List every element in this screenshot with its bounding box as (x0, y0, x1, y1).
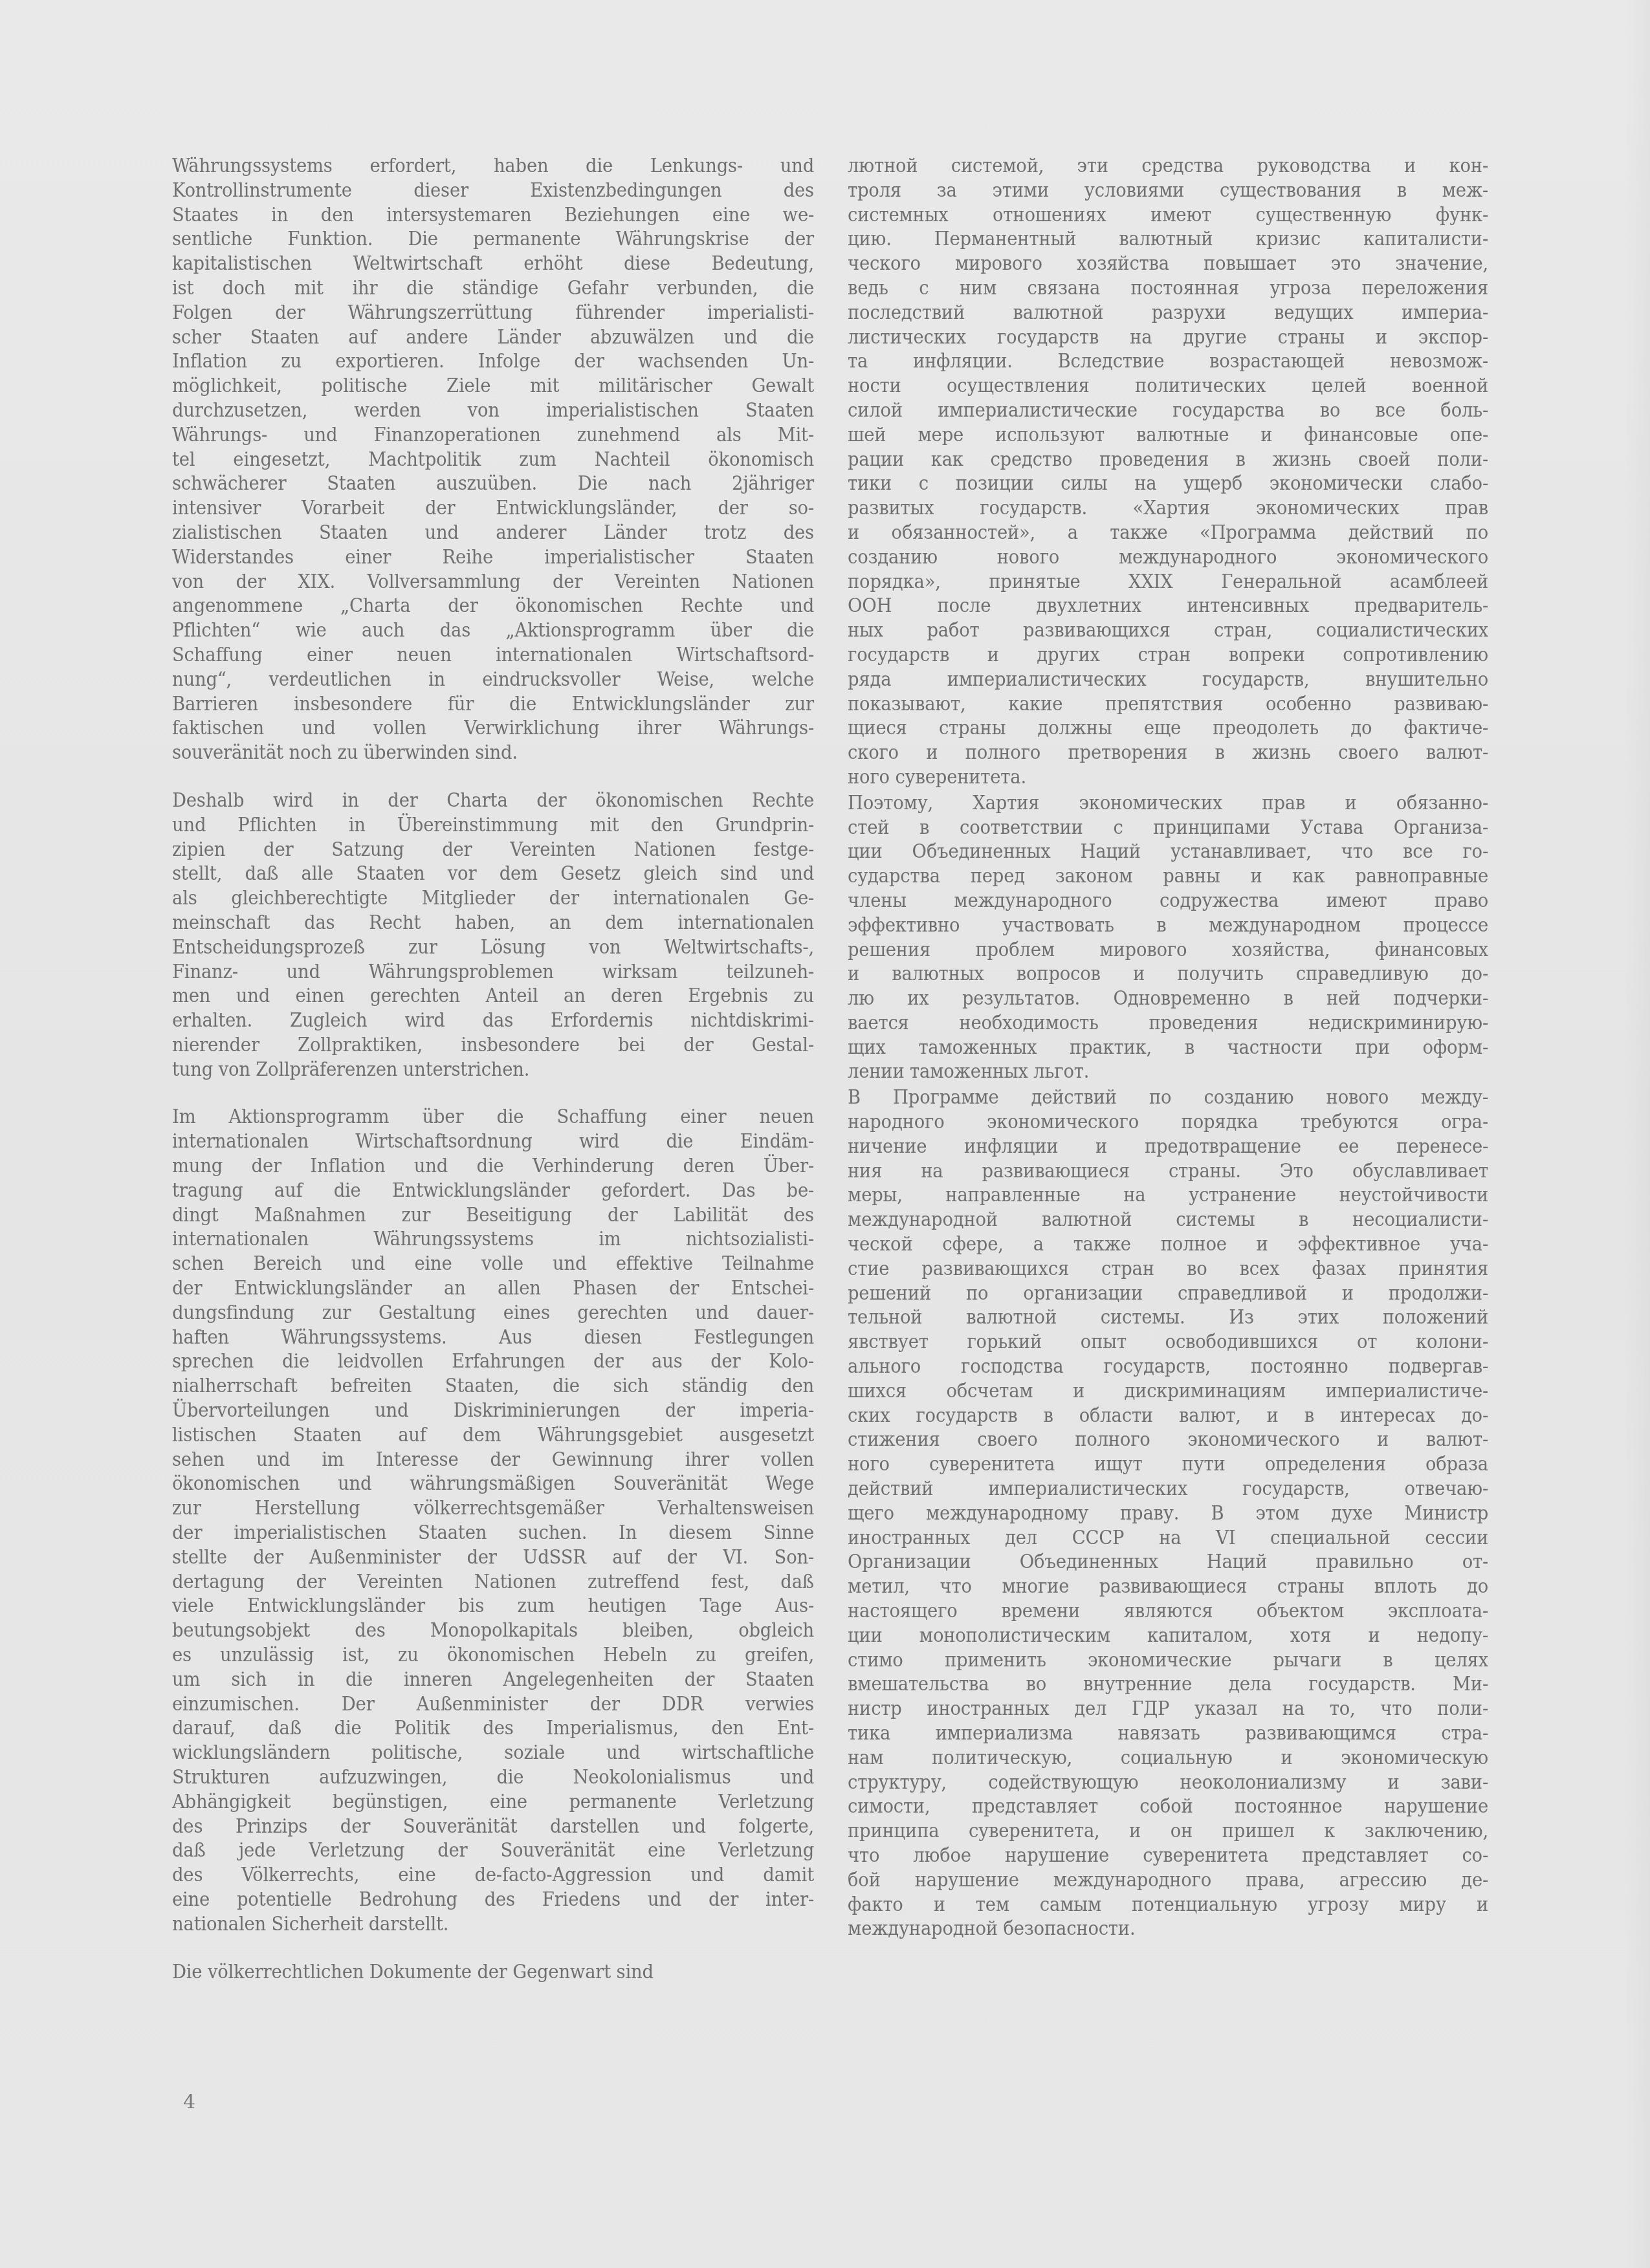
text-line: Inflation zu exportieren. Infolge der wa… (172, 349, 814, 374)
text-line: ции Объединенных Наций устанавливает, чт… (848, 840, 1488, 864)
text-line: sprechen die leidvollen Erfahrungen der … (172, 1349, 814, 1374)
text-line: darauf, daß die Politik des Imperialismu… (172, 1716, 814, 1741)
text-line: men und einen gerechten Anteil an deren … (172, 984, 814, 1009)
text-line: des Völkerrechts, eine de-facto-Aggressi… (172, 1863, 814, 1888)
text-line: Währungs- und Finanzoperationen zunehmen… (172, 423, 814, 448)
text-line: нам политическую, социальную и экономиче… (848, 1746, 1488, 1771)
text-line: и валютных вопросов и получить справедли… (848, 962, 1488, 987)
text-line: wicklungsländern politische, soziale und… (172, 1741, 814, 1765)
text-line: народного экономического порядка требуют… (848, 1110, 1488, 1135)
text-line: цию. Перманентный валютный кризис капита… (848, 227, 1488, 252)
text-line: nierender Zollpraktiken, insbesondere be… (172, 1033, 814, 1058)
text-line: созданию нового международного экономиче… (848, 545, 1488, 570)
text-line: Поэтому, Хартия экономических прав и обя… (848, 791, 1488, 816)
text-line: tragung auf die Entwicklungsländer gefor… (172, 1179, 814, 1203)
text-line: троля за этими условиями существования в… (848, 179, 1488, 203)
text-line: als gleichberechtigte Mitglieder der int… (172, 886, 814, 911)
text-line: stellte der Außenminister der UdSSR auf … (172, 1545, 814, 1570)
text-line: dertagung der Vereinten Nationen zutreff… (172, 1570, 814, 1595)
text-line: члены международного содружества имеют п… (848, 889, 1488, 913)
text-line: ции монополистическим капиталом, хотя и … (848, 1624, 1488, 1648)
text-line: силой империалистические государства во … (848, 398, 1488, 423)
text-line: es unzulässig ist, zu ökonomischen Hebel… (172, 1643, 814, 1668)
text-line: haften Währungssystems. Aus diesen Festl… (172, 1325, 814, 1350)
text-line: Barrieren insbesondere für die Entwicklu… (172, 692, 814, 717)
text-line: meinschaft das Recht haben, an dem inter… (172, 911, 814, 935)
paragraph: лютной системой, эти средства руководств… (848, 154, 1488, 790)
text-line: нистр иностранных дел ГДР указал на то, … (848, 1697, 1488, 1721)
text-line: scher Staaten auf andere Länder abzuwälz… (172, 325, 814, 350)
text-line: ООН после двухлетних интенсивных предвар… (848, 594, 1488, 618)
text-line: государств и других стран вопреки сопрот… (848, 643, 1488, 668)
text-line: лютной системой, эти средства руководств… (848, 154, 1488, 179)
text-line: ничение инфляции и предотвращение ее пер… (848, 1135, 1488, 1159)
text-line: kapitalistischen Weltwirtschaft erhöht d… (172, 252, 814, 276)
paragraph: Die völkerrechtlichen Dokumente der Gege… (172, 1960, 814, 1985)
text-line: ского и полного претворения в жизнь свое… (848, 741, 1488, 765)
text-line: ведь с ним связана постоянная угроза пер… (848, 276, 1488, 301)
text-line: ных работ развивающихся стран, социалист… (848, 618, 1488, 643)
text-line: zur Herstellung völkerrechtsgemäßer Verh… (172, 1496, 814, 1521)
text-line: сударства перед законом равны и как равн… (848, 864, 1488, 889)
text-line: щего международному праву. В этом духе М… (848, 1501, 1488, 1526)
text-line: Im Aktionsprogramm über die Schaffung ei… (172, 1105, 814, 1129)
text-line: действий империалистических государств, … (848, 1477, 1488, 1501)
text-line: порядка», принятые XXIX Генеральной асам… (848, 570, 1488, 594)
text-line: что любое нарушение суверенитета предста… (848, 1844, 1488, 1868)
text-line: schen Bereich und eine volle und effekti… (172, 1252, 814, 1276)
text-line: шихся обсчетам и дискриминациям империал… (848, 1379, 1488, 1404)
text-line: Deshalb wird in der Charta der ökonomisc… (172, 789, 814, 813)
text-line: последствий валютной разрухи ведущих имп… (848, 301, 1488, 325)
paragraph: Im Aktionsprogramm über die Schaffung ei… (172, 1105, 814, 1936)
text-line: рации как средство проведения в жизнь св… (848, 448, 1488, 472)
text-line: erhalten. Zugleich wird das Erfordernis … (172, 1009, 814, 1033)
text-line: Finanz- und Währungsproblemen wirksam te… (172, 960, 814, 985)
text-line: der Entwicklungsländer an allen Phasen d… (172, 1276, 814, 1301)
text-line: des Prinzips der Souveränität darstellen… (172, 1815, 814, 1839)
page-edge-shadow (1624, 0, 1650, 2268)
text-line: ряда империалистических государств, внуш… (848, 668, 1488, 692)
text-line: международной валютной системы в несоциа… (848, 1208, 1488, 1232)
text-line: решения проблем мирового хозяйства, фина… (848, 938, 1488, 963)
text-line: Strukturen aufzuzwingen, die Neokolonial… (172, 1765, 814, 1790)
text-line: Übervorteilungen und Diskriminierungen d… (172, 1399, 814, 1423)
text-line: щиеся страны должны еще преодолеть до фа… (848, 716, 1488, 741)
text-line: метил, что многие развивающиеся страны в… (848, 1575, 1488, 1599)
text-line: nationalen Sicherheit darstellt. (172, 1912, 814, 1937)
text-line: вается необходимость проведения недискри… (848, 1011, 1488, 1036)
text-line: тельной валютной системы. Из этих положе… (848, 1305, 1488, 1330)
text-line: развитых государств. «Хартия экономическ… (848, 496, 1488, 521)
text-line: Widerstandes einer Reihe imperialistisch… (172, 545, 814, 570)
text-line: stellt, daß alle Staaten vor dem Gesetz … (172, 862, 814, 886)
text-line: В Программе действий по созданию нового … (848, 1085, 1488, 1110)
text-line: Währungssystems erfordert, haben die Len… (172, 154, 814, 179)
text-line: von der XIX. Vollversammlung der Vereint… (172, 570, 814, 594)
page-number: 4 (183, 2091, 195, 2113)
text-line: zialistischen Staaten und anderer Länder… (172, 521, 814, 545)
text-line: Schaffung einer neuen internationalen Wi… (172, 643, 814, 668)
text-line: ности осуществления политических целей в… (848, 374, 1488, 398)
paragraph: Währungssystems erfordert, haben die Len… (172, 154, 814, 765)
text-line: бой нарушение международного права, агре… (848, 1868, 1488, 1893)
text-line: dingt Maßnahmen zur Beseitigung der Labi… (172, 1203, 814, 1228)
text-line: listischen Staaten auf dem Währungsgebie… (172, 1423, 814, 1448)
text-line: меры, направленные на устранение неустой… (848, 1183, 1488, 1208)
text-line: sentliche Funktion. Die permanente Währu… (172, 227, 814, 252)
text-line: стей в соответствии с принципами Устава … (848, 816, 1488, 840)
text-line: системных отношениях имеют существенную … (848, 203, 1488, 228)
german-text-column: Währungssystems erfordert, haben die Len… (172, 154, 814, 1984)
text-line: viele Entwicklungsländer bis zum heutige… (172, 1594, 814, 1619)
text-line: durchzusetzen, werden von imperialistisc… (172, 398, 814, 423)
text-line: щих таможенных практик, в частности при … (848, 1036, 1488, 1060)
text-line: dungsfindung zur Gestaltung eines gerech… (172, 1301, 814, 1325)
text-line: Abhängigkeit begünstigen, eine permanent… (172, 1790, 814, 1815)
text-line: Staates in den intersystemaren Beziehung… (172, 203, 814, 228)
text-line: Entscheidungsprozeß zur Lösung von Weltw… (172, 935, 814, 960)
text-line: möglichkeit, politische Ziele mit militä… (172, 374, 814, 398)
text-line: тики с позиции силы на ущерб экономическ… (848, 472, 1488, 496)
text-line: tung von Zollpräferenzen unterstrichen. (172, 1058, 814, 1082)
text-line: nialherrschaft befreiten Staaten, die si… (172, 1374, 814, 1399)
text-line: решений по организации справедливой и пр… (848, 1281, 1488, 1306)
paragraph: Deshalb wird in der Charta der ökonomisc… (172, 789, 814, 1082)
text-line: стижения своего полного экономического и… (848, 1428, 1488, 1452)
text-line: um sich in die inneren Angelegenheiten d… (172, 1668, 814, 1692)
text-line: beutungsobjekt des Monopolkapitals bleib… (172, 1619, 814, 1643)
text-line: ного суверенитета ищут пути определения … (848, 1452, 1488, 1477)
text-line: souveränität noch zu überwinden sind. (172, 741, 814, 765)
text-line: ального господства государств, постоянно… (848, 1355, 1488, 1379)
text-line: faktischen und vollen Verwirklichung ihr… (172, 716, 814, 741)
text-line: sehen und im Interesse der Gewinnung ihr… (172, 1448, 814, 1472)
text-line: международной безопасности. (848, 1917, 1488, 1941)
text-line: mung der Inflation und die Verhinderung … (172, 1154, 814, 1179)
text-line: шей мере используют валютные и финансовы… (848, 423, 1488, 448)
paragraph: Поэтому, Хартия экономических прав и обя… (848, 791, 1488, 1085)
text-line: вмешательства во внутренние дела государ… (848, 1672, 1488, 1697)
text-line: eine potentielle Bedrohung des Friedens … (172, 1888, 814, 1912)
text-line: принципа суверенитета, и он пришел к зак… (848, 1819, 1488, 1844)
scanned-page: Währungssystems erfordert, haben die Len… (0, 0, 1650, 2268)
text-line: явствует горький опыт освободившихся от … (848, 1330, 1488, 1355)
text-line: листических государств на другие страны … (848, 325, 1488, 350)
text-line: ния на развивающиеся страны. Это обуслав… (848, 1159, 1488, 1184)
text-line: Die völkerrechtlichen Dokumente der Gege… (172, 1960, 814, 1985)
text-line: симости, представляет собой постоянное н… (848, 1794, 1488, 1819)
text-line: der imperialistischen Staaten suchen. In… (172, 1521, 814, 1545)
russian-text-column: лютной системой, эти средства руководств… (848, 154, 1488, 1941)
text-line: intensiver Vorarbeit der Entwicklungslän… (172, 496, 814, 521)
text-line: nung“, verdeutlichen in eindrucksvoller … (172, 668, 814, 692)
text-line: Folgen der Währungszerrüttung führender … (172, 301, 814, 325)
text-line: эффективно участвовать в международном п… (848, 913, 1488, 938)
text-line: ческого мирового хозяйства повышает это … (848, 252, 1488, 276)
text-line: лю их результатов. Одновременно в ней по… (848, 987, 1488, 1011)
text-line: internationalen Wirtschaftsordnung wird … (172, 1129, 814, 1154)
text-line: показывают, какие препятствия особенно р… (848, 692, 1488, 717)
text-line: und Pflichten in Übereinstimmung mit den… (172, 813, 814, 838)
text-line: факто и тем самым потенциальную угрозу м… (848, 1893, 1488, 1917)
text-line: та инфляции. Вследствие возрастающей нев… (848, 349, 1488, 374)
text-line: schwächerer Staaten auszuüben. Die nach … (172, 472, 814, 496)
text-line: ist doch mit ihr die ständige Gefahr ver… (172, 276, 814, 301)
text-line: ских государств в области валют, и в инт… (848, 1404, 1488, 1428)
text-line: структуру, содействующую неоколониализму… (848, 1771, 1488, 1795)
text-line: tel eingesetzt, Machtpolitik zum Nachtei… (172, 448, 814, 472)
text-line: иностранных дел СССР на VI специальной с… (848, 1526, 1488, 1551)
text-line: настоящего времени являются объектом экс… (848, 1599, 1488, 1624)
text-line: ческой сфере, а также полное и эффективн… (848, 1232, 1488, 1257)
text-line: Kontrollinstrumente dieser Existenzbedin… (172, 179, 814, 203)
text-line: zipien der Satzung der Vereinten Natione… (172, 838, 814, 862)
text-line: internationalen Währungssystems im nicht… (172, 1227, 814, 1252)
text-line: angenommene „Charta der ökonomischen Rec… (172, 594, 814, 618)
text-line: ökonomischen und währungsmäßigen Souverä… (172, 1472, 814, 1496)
text-line: einzumischen. Der Außenminister der DDR … (172, 1692, 814, 1717)
text-line: стие развивающихся стран во всех фазах п… (848, 1257, 1488, 1281)
text-line: тика империализма навязать развивающимся… (848, 1721, 1488, 1746)
text-line: Организации Объединенных Наций правильно… (848, 1550, 1488, 1575)
text-line: стимо применить экономические рычаги в ц… (848, 1648, 1488, 1673)
text-line: Pflichten“ wie auch das „Aktionsprogramm… (172, 618, 814, 643)
text-line: daß jede Verletzung der Souveränität ein… (172, 1838, 814, 1863)
text-line: и обязанностей», а также «Программа дейс… (848, 521, 1488, 545)
text-line: лении таможенных льгот. (848, 1060, 1488, 1084)
paragraph: В Программе действий по созданию нового … (848, 1085, 1488, 1941)
text-line: ного суверенитета. (848, 765, 1488, 790)
